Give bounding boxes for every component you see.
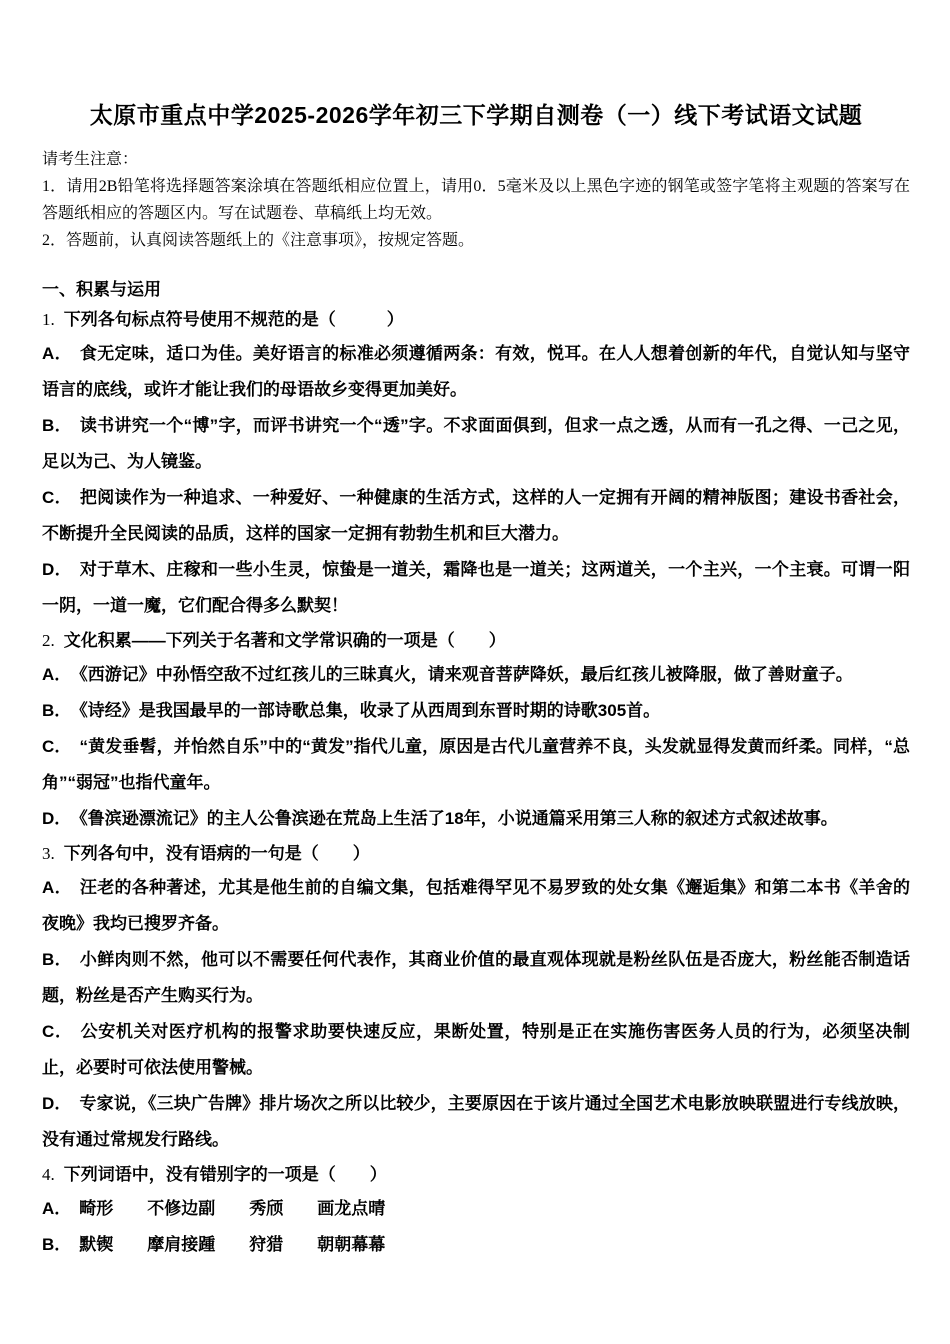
question-stem: 3.下列各句中，没有语病的一句是（ ） — [42, 837, 910, 870]
option-text: 畸形 不修边副 秀颀 画龙点晴 — [79, 1199, 385, 1218]
option-a: A．《西游记》中孙悟空敌不过红孩儿的三昧真火，请来观音菩萨降妖，最后红孩儿被降服… — [42, 657, 910, 693]
option-label: D． — [42, 560, 72, 579]
question-number: 2. — [42, 631, 55, 650]
option-d: D．专家说，《三块广告牌》排片场次之所以比较少，主要原因在于该片通过全国艺术电影… — [42, 1086, 910, 1158]
question-number: 4. — [42, 1165, 55, 1184]
option-text: 《鲁滨逊漂流记》的主人公鲁滨逊在荒岛上生活了18年，小说通篇采用第三人称的叙述方… — [79, 809, 837, 828]
option-text: 小鲜肉则不然，他可以不需要任何代表作，其商业价值的最直观体现就是粉丝队伍是否庞大… — [42, 950, 910, 1005]
option-label: B． — [42, 950, 72, 969]
option-d: D．《鲁滨逊漂流记》的主人公鲁滨逊在荒岛上生活了18年，小说通篇采用第三人称的叙… — [42, 801, 910, 837]
option-b: B．读书讲究一个“博”字，而评书讲究一个“透”字。不求面面俱到，但求一点之透，从… — [42, 408, 910, 480]
option-label: C． — [42, 1022, 73, 1041]
option-label: A． — [42, 1199, 71, 1218]
option-label: C． — [42, 488, 72, 507]
option-label: D． — [42, 1094, 72, 1113]
option-label: D． — [42, 809, 71, 828]
question-number: 3. — [42, 844, 55, 863]
option-text: 默锲 摩肩接踵 狩猎 朝朝幕幕 — [79, 1235, 385, 1254]
option-c: C．公安机关对医疗机构的报警求助要快速反应，果断处置，特别是正在实施伤害医务人员… — [42, 1014, 910, 1086]
option-text: 把阅读作为一种追求、一种爱好、一种健康的生活方式，这样的人一定拥有开阔的精神版图… — [42, 488, 910, 543]
option-b: B．小鲜肉则不然，他可以不需要任何代表作，其商业价值的最直观体现就是粉丝队伍是否… — [42, 942, 910, 1014]
option-b: B．默锲 摩肩接踵 狩猎 朝朝幕幕 — [42, 1227, 910, 1263]
question-stem: 1.下列各句标点符号使用不规范的是（ ） — [42, 303, 910, 336]
question-stem: 2.文化积累——下列关于名著和文学常识确的一项是（ ） — [42, 624, 910, 657]
question-stem-text: 下列词语中，没有错别字的一项是（ ） — [64, 1165, 387, 1184]
option-text: 《西游记》中孙悟空敌不过红孩儿的三昧真火，请来观音菩萨降妖，最后红孩儿被降服，做… — [79, 665, 853, 684]
notice-label: 请考生注意： — [42, 146, 910, 173]
option-label: A． — [42, 665, 71, 684]
notice-item-2: 2．答题前，认真阅读答题纸上的《注意事项》，按规定答题。 — [42, 227, 910, 254]
exam-paper-page: 太原市重点中学2025-2026学年初三下学期自测卷（一）线下考试语文试题 请考… — [0, 0, 950, 1344]
question-number: 1. — [42, 310, 55, 329]
option-c: C．把阅读作为一种追求、一种爱好、一种健康的生活方式，这样的人一定拥有开阔的精神… — [42, 480, 910, 552]
section-heading: 一、积累与运用 — [42, 277, 910, 303]
question-stem-text: 下列各句标点符号使用不规范的是（ ） — [64, 310, 404, 329]
option-label: A． — [42, 878, 72, 897]
option-text: 《诗经》是我国最早的一部诗歌总集，收录了从西周到东晋时期的诗歌305首。 — [79, 701, 660, 720]
question-stem: 4.下列词语中，没有错别字的一项是（ ） — [42, 1158, 910, 1191]
option-label: B． — [42, 416, 72, 435]
option-text: 公安机关对医疗机构的报警求助要快速反应，果断处置，特别是正在实施伤害医务人员的行… — [42, 1022, 910, 1077]
question-2: 2.文化积累——下列关于名著和文学常识确的一项是（ ） A．《西游记》中孙悟空敌… — [42, 624, 910, 837]
page-title: 太原市重点中学2025-2026学年初三下学期自测卷（一）线下考试语文试题 — [42, 100, 910, 130]
option-a: A．汪老的各种著述，尤其是他生前的自编文集，包括难得罕见不易罗致的处女集《邂逅集… — [42, 870, 910, 942]
option-label: C． — [42, 737, 72, 756]
question-1: 1.下列各句标点符号使用不规范的是（ ） A．食无定味，适口为佳。美好语言的标准… — [42, 303, 910, 624]
option-text: 读书讲究一个“博”字，而评书讲究一个“透”字。不求面面俱到，但求一点之透，从而有… — [42, 416, 910, 471]
option-label: B． — [42, 1235, 71, 1254]
option-text: 对于草木、庄稼和一些小生灵，惊蛰是一道关，霜降也是一道关；这两道关，一个主兴，一… — [42, 560, 910, 615]
option-text: 专家说，《三块广告牌》排片场次之所以比较少，主要原因在于该片通过全国艺术电影放映… — [42, 1094, 910, 1149]
option-text: 汪老的各种著述，尤其是他生前的自编文集，包括难得罕见不易罗致的处女集《邂逅集》和… — [42, 878, 910, 933]
option-label: B． — [42, 701, 71, 720]
option-text: 食无定味，适口为佳。美好语言的标准必须遵循两条：有效，悦耳。在人人想着创新的年代… — [42, 344, 910, 399]
candidate-notice: 请考生注意： 1．请用2B铅笔将选择题答案涂填在答题纸相应位置上，请用0．5毫米… — [42, 146, 910, 254]
option-a: A．畸形 不修边副 秀颀 画龙点晴 — [42, 1191, 910, 1227]
question-4: 4.下列词语中，没有错别字的一项是（ ） A．畸形 不修边副 秀颀 画龙点晴 B… — [42, 1158, 910, 1263]
option-text: “黄发垂髫，并怡然自乐”中的“黄发”指代儿童，原因是古代儿童营养不良，头发就显得… — [42, 737, 910, 792]
notice-item-1: 1．请用2B铅笔将选择题答案涂填在答题纸相应位置上，请用0．5毫米及以上黑色字迹… — [42, 173, 910, 227]
question-3: 3.下列各句中，没有语病的一句是（ ） A．汪老的各种著述，尤其是他生前的自编文… — [42, 837, 910, 1158]
question-stem-text: 下列各句中，没有语病的一句是（ ） — [64, 844, 370, 863]
question-stem-text: 文化积累——下列关于名著和文学常识确的一项是（ ） — [64, 631, 506, 650]
option-label: A． — [42, 344, 72, 363]
option-c: C．“黄发垂髫，并怡然自乐”中的“黄发”指代儿童，原因是古代儿童营养不良，头发就… — [42, 729, 910, 801]
option-b: B．《诗经》是我国最早的一部诗歌总集，收录了从西周到东晋时期的诗歌305首。 — [42, 693, 910, 729]
option-a: A．食无定味，适口为佳。美好语言的标准必须遵循两条：有效，悦耳。在人人想着创新的… — [42, 336, 910, 408]
option-d: D．对于草木、庄稼和一些小生灵，惊蛰是一道关，霜降也是一道关；这两道关，一个主兴… — [42, 552, 910, 624]
